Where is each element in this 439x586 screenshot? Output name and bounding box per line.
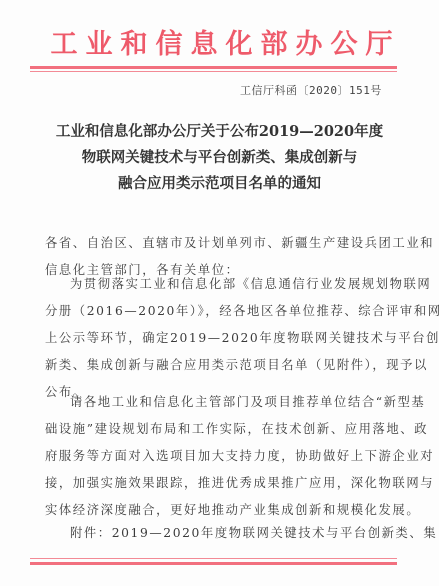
attachment-line: 附件：2019—2020年度物联网关键技术与平台创新类、集 [45,520,385,547]
footer-red-rule-thick [30,562,397,565]
paragraph-line: 分册（2016—2020年）》，经各地区各单位推荐、综合评审和网 [45,298,385,325]
paragraph-announcement: 为贯彻落实工业和信息化部《信息通信行业发展规划物联网 分册（2016—2020年… [45,271,385,406]
paragraph-line: 上公示等环节，确定2019—2020年度物联网关键技术与平台创 [45,325,385,352]
salutation-line: 各省、自治区、直辖市及计划单列市、新疆生产建设兵团工业和 [45,230,385,257]
paragraph-requirements: 请各地工业和信息化主管部门及项目推荐单位结合“新型基 础设施”建设规划布局和工作… [45,389,385,524]
notice-title-line: 融合应用类示范项目名单的通知 [0,171,439,197]
paragraph-line: 请各地工业和信息化主管部门及项目推荐单位结合“新型基 [45,389,385,416]
issuing-organization-title: 工业和信息化部办公厅 [0,28,439,62]
document-number: 工信厅科函〔2020〕151号 [240,82,382,98]
paragraph-line: 新类、集成创新与融合应用类示范项目名单（见附件），现予以 [45,352,385,379]
attachment-note: 附件：2019—2020年度物联网关键技术与平台创新类、集 [45,520,385,547]
header-red-rule-thick [30,66,397,69]
notice-title-line: 物联网关键技术与平台创新类、集成创新与 [0,145,439,171]
paragraph-line: 为贯彻落实工业和信息化部《信息通信行业发展规划物联网 [45,271,385,298]
paragraph-line: 接，加强实施效果跟踪，推进优秀成果推广应用，深化物联网与 [45,470,385,497]
document-page: 工业和信息化部办公厅 工信厅科函〔2020〕151号 工业和信息化部办公厅关于公… [0,0,439,586]
notice-title-line: 工业和信息化部办公厅关于公布2019—2020年度 [0,119,439,145]
notice-title: 工业和信息化部办公厅关于公布2019—2020年度 物联网关键技术与平台创新类、… [0,119,439,197]
footer-red-rule-thin [30,558,397,559]
paragraph-line: 府服务等方面对入选项目加大支持力度，协助做好上下游企业对 [45,443,385,470]
header-red-rule-thin [30,71,397,72]
paragraph-line: 础设施”建设规划布局和工作实际，在技术创新、应用落地、政 [45,416,385,443]
